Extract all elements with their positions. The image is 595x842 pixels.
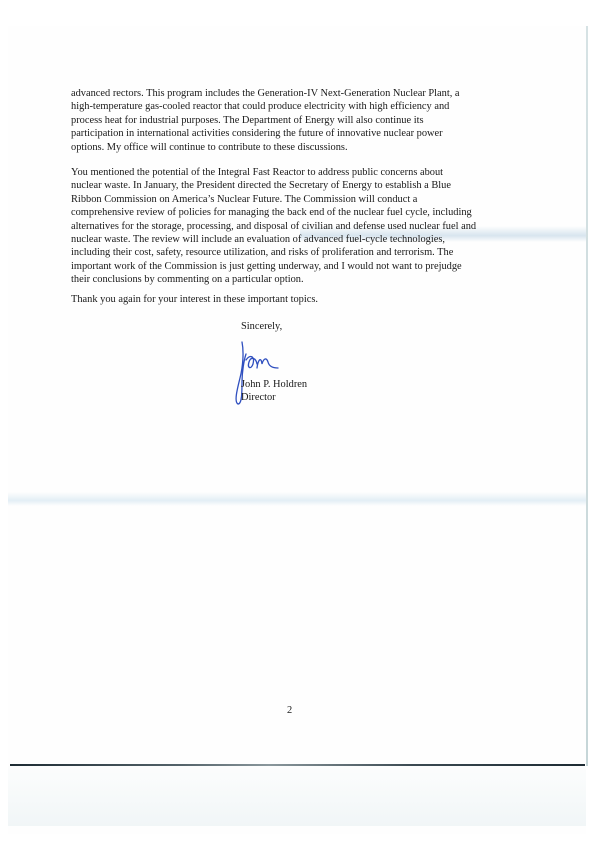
signature-block: John P. Holdren Director: [241, 378, 307, 405]
closing-salutation: Sincerely,: [241, 321, 282, 332]
text-line: alternatives for the storage, processing…: [71, 220, 521, 233]
text-line: You mentioned the potential of the Integ…: [71, 166, 521, 179]
text-line: high-temperature gas-cooled reactor that…: [71, 100, 521, 113]
paragraph-integral-fast-reactor: You mentioned the potential of the Integ…: [71, 166, 521, 287]
signer-title: Director: [241, 391, 307, 404]
text-line: nuclear waste. In January, the President…: [71, 179, 521, 192]
text-line: their conclusions by commenting on a par…: [71, 273, 521, 286]
text-line: options. My office will continue to cont…: [71, 141, 521, 154]
text-line: advanced rectors. This program includes …: [71, 87, 521, 100]
page-edge: [586, 26, 588, 766]
fold-shadow: [8, 492, 586, 506]
text-line: including their cost, safety, resource u…: [71, 246, 521, 259]
text-line: nuclear waste. The review will include a…: [71, 233, 521, 246]
text-line: important work of the Commission is just…: [71, 260, 521, 273]
text-line: process heat for industrial purposes. Th…: [71, 114, 521, 127]
text-line: Thank you again for your interest in the…: [71, 293, 521, 306]
paragraph-advanced-reactors: advanced rectors. This program includes …: [71, 87, 521, 154]
paragraph-thank-you: Thank you again for your interest in the…: [71, 293, 521, 306]
text-line: participation in international activitie…: [71, 127, 521, 140]
text-line: Ribbon Commission on America’s Nuclear F…: [71, 193, 521, 206]
lower-page-strip: [8, 766, 586, 826]
text-line: comprehensive review of policies for man…: [71, 206, 521, 219]
signer-name: John P. Holdren: [241, 378, 307, 391]
page-number: 2: [287, 705, 292, 716]
